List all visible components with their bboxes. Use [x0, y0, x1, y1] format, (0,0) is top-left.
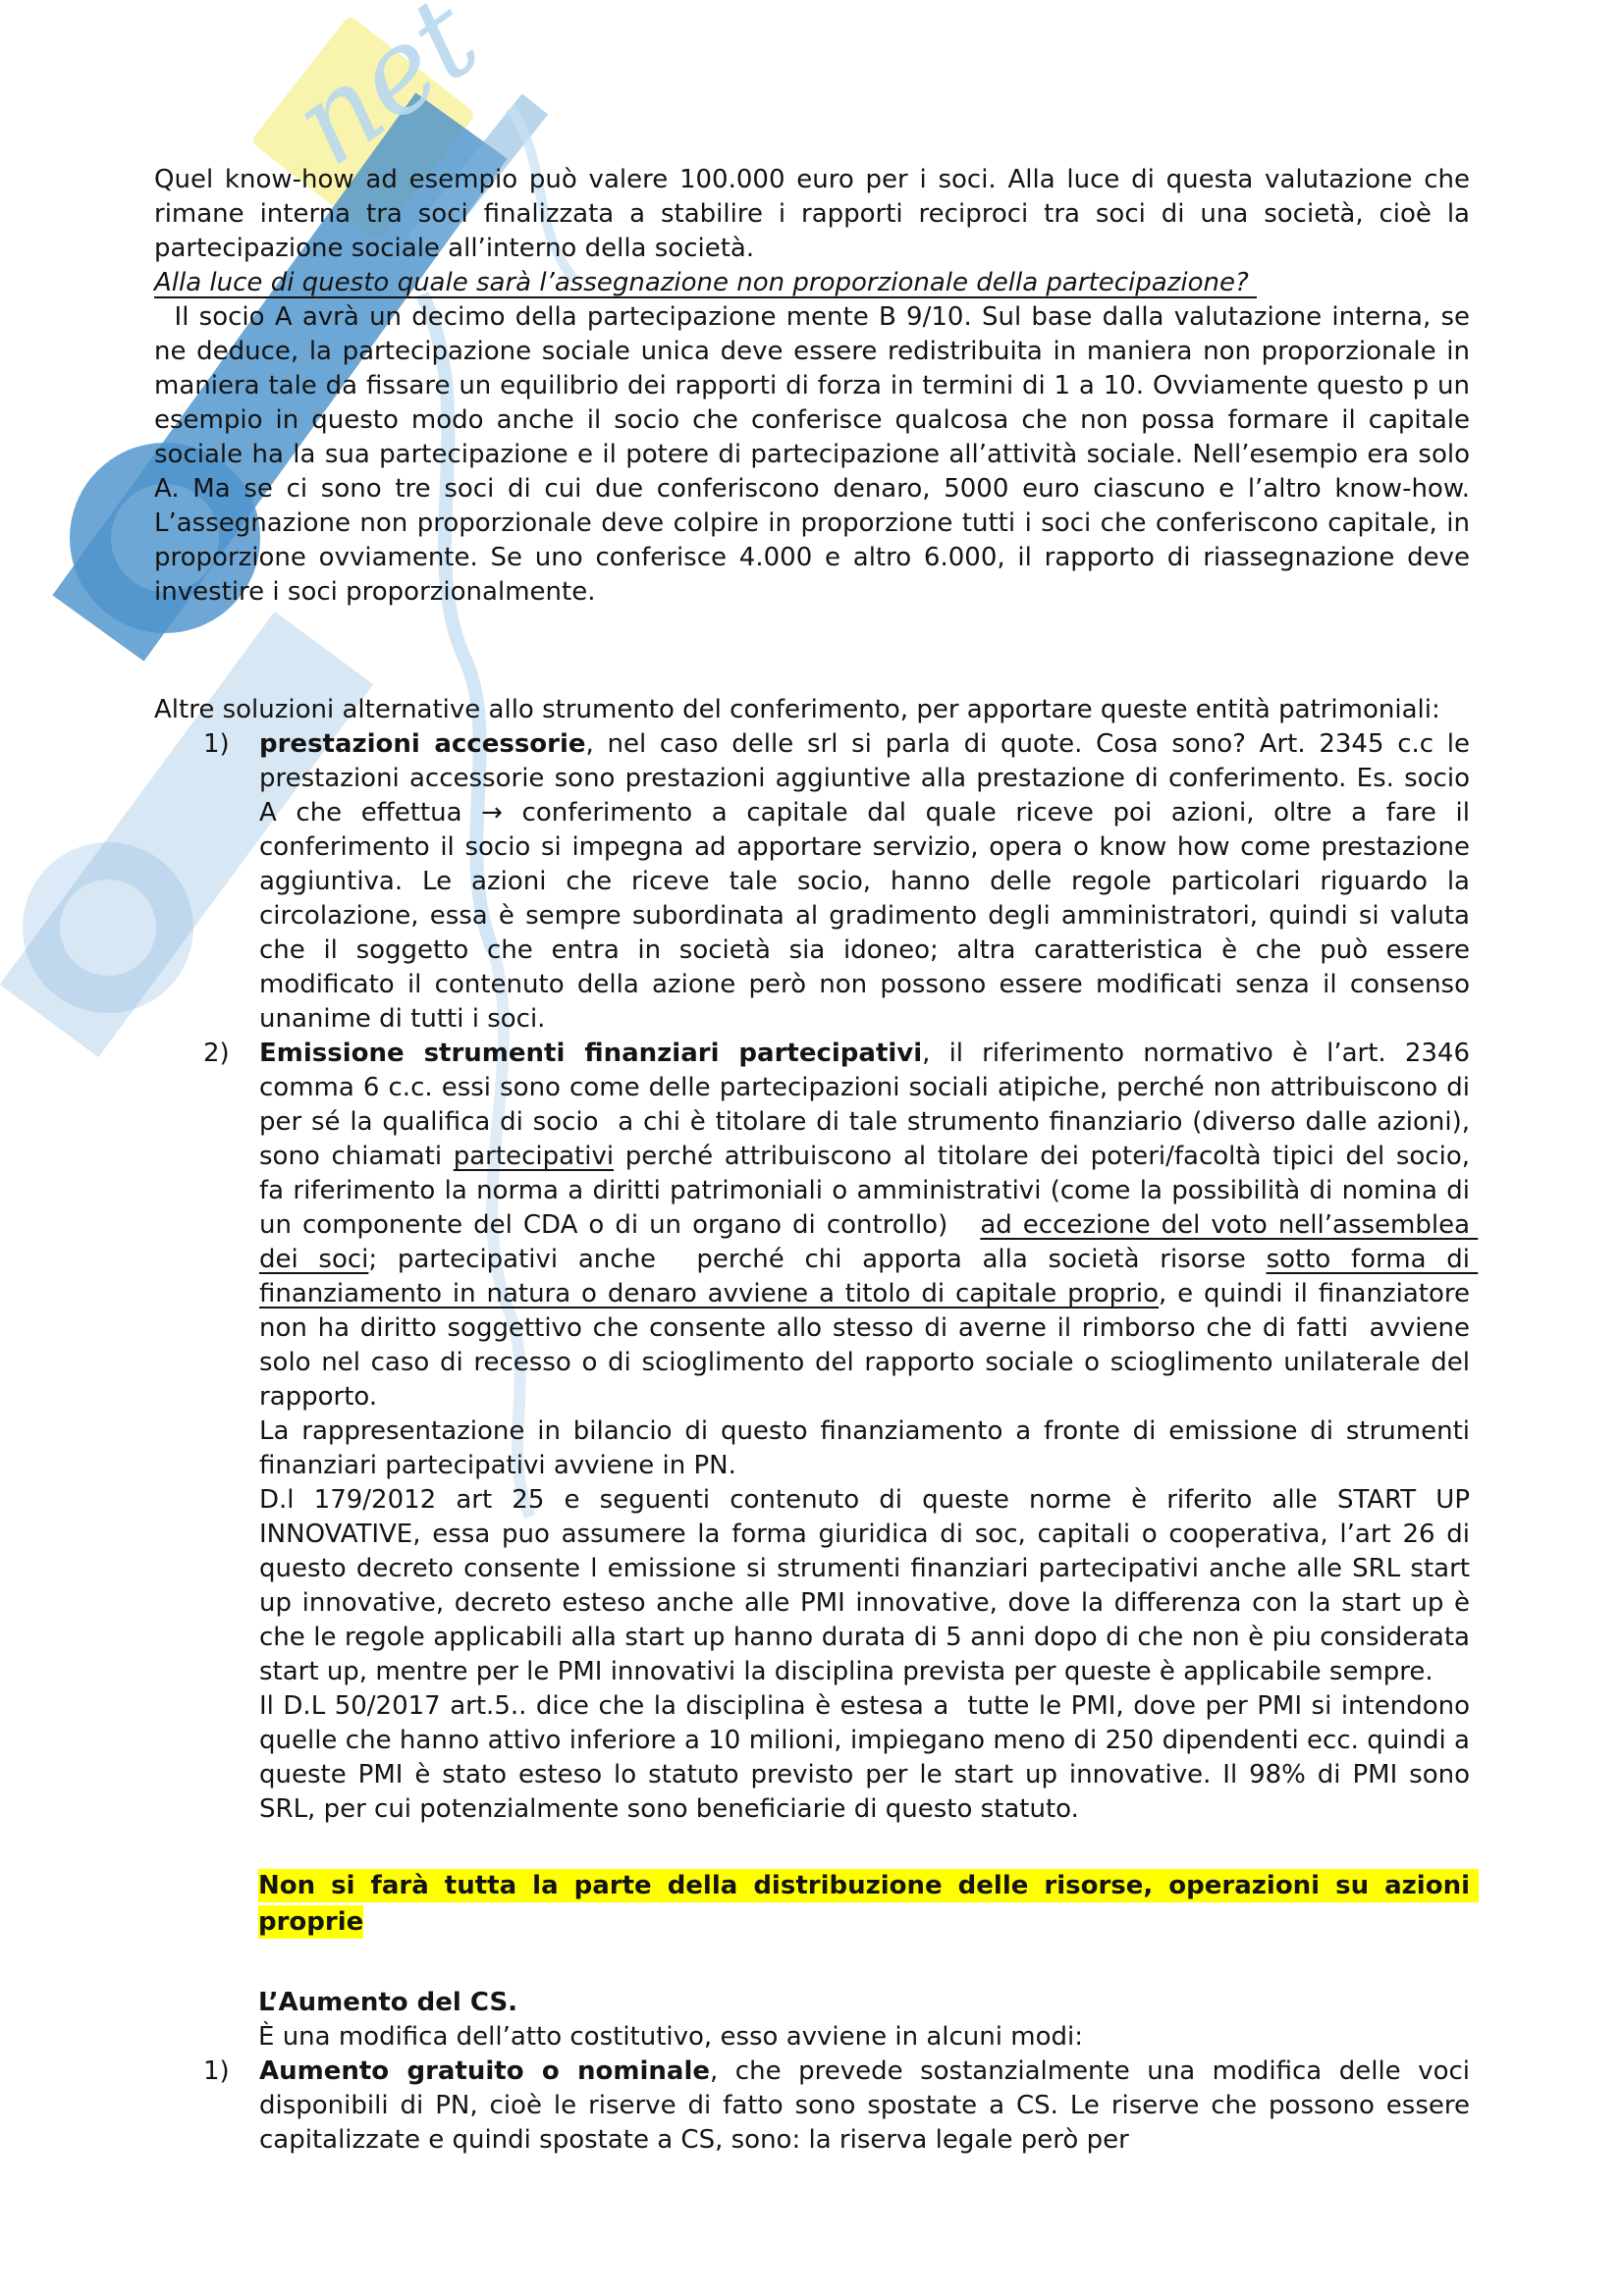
- list-item-emissione: 2) Emissione strumenti finanziari partec…: [203, 1037, 1470, 1827]
- paragraph-socio-a: Il socio A avrà un decimo della partecip…: [154, 300, 1470, 610]
- paragraph-rappresentazione: La rappresentazione in bilancio di quest…: [259, 1415, 1470, 1483]
- paragraph-modifica-atto: È una modifica dell’atto costitutivo, es…: [258, 2020, 1470, 2055]
- list-item-title: Aumento gratuito o nominale: [259, 2056, 710, 2086]
- list-item-body: prestazioni accessorie, nel caso delle s…: [259, 727, 1470, 1037]
- list-item-title: prestazioni accessorie: [259, 729, 586, 759]
- document-content: Quel know-how ad esempio può valere 100.…: [154, 163, 1470, 2158]
- run-text: ; partecipativi anche perché chi apporta…: [368, 1245, 1266, 1274]
- list-number-2: 2): [203, 1037, 259, 1827]
- list-item-title: Emissione strumenti finanziari partecipa…: [259, 1039, 922, 1068]
- document-page: net Quel know-how ad esempio può valere …: [0, 0, 1623, 2296]
- list-item-body: Aumento gratuito o nominale, che prevede…: [259, 2055, 1470, 2158]
- list-number-1: 1): [203, 727, 259, 1037]
- paragraph-dl-179-2012: D.l 179/2012 art 25 e seguenti contenuto…: [259, 1483, 1470, 1689]
- list-item-text: , nel caso delle srl si parla di quote. …: [259, 729, 1470, 1034]
- paragraph-knowhow: Quel know-how ad esempio può valere 100.…: [154, 163, 1470, 266]
- run-underlined: partecipativi: [454, 1142, 614, 1171]
- section-heading: L’Aumento del CS.: [258, 1986, 1470, 2020]
- paragraph-dl-50-2017: Il D.L 50/2017 art.5.. dice che la disci…: [259, 1689, 1470, 1827]
- list-item-text: Emissione strumenti finanziari partecipa…: [259, 1037, 1470, 1415]
- list-number-1: 1): [203, 2055, 259, 2158]
- list-item-body: Emissione strumenti finanziari partecipa…: [259, 1037, 1470, 1827]
- paragraph-altre-soluzioni: Altre soluzioni alternative allo strumen…: [154, 693, 1470, 727]
- list-item-aumento-gratuito: 1) Aumento gratuito o nominale, che prev…: [203, 2055, 1470, 2158]
- question-line: Alla luce di questo quale sarà l’assegna…: [154, 266, 1470, 300]
- highlighted-text: Non si farà tutta la parte della distrib…: [258, 1869, 1479, 1939]
- list-item-prestazioni: 1) prestazioni accessorie, nel caso dell…: [203, 727, 1470, 1037]
- highlight-note: Non si farà tutta la parte della distrib…: [258, 1868, 1470, 1941]
